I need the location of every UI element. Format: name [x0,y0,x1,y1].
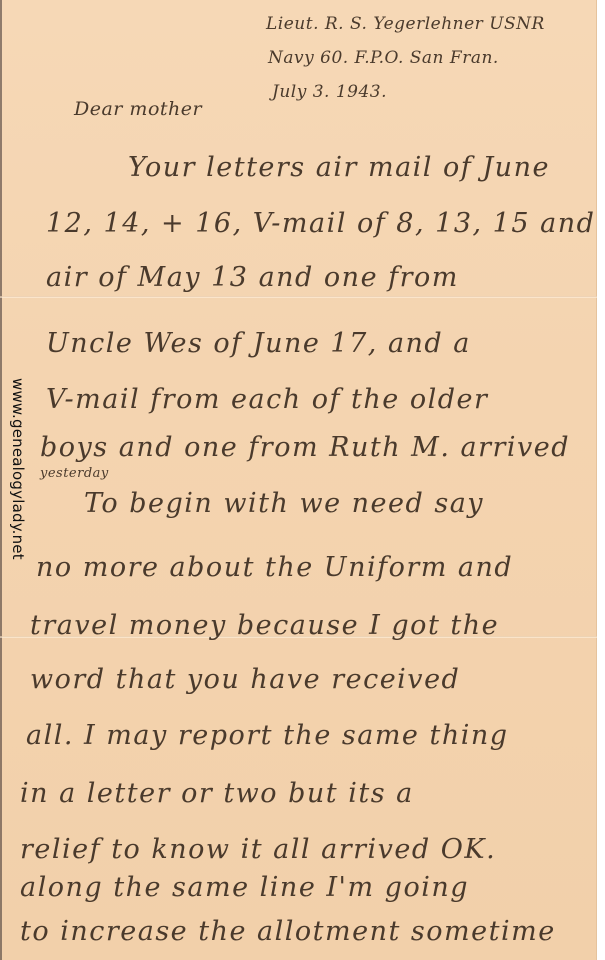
page-edge-shadow [0,0,2,960]
body-line: boys and one from Ruth M. arrived [40,432,570,463]
body-line: all. I may report the same thing [26,720,509,751]
body-line: along the same line I'm going [20,872,469,903]
body-line: Uncle Wes of June 17, and a [46,328,471,359]
body-line-note: yesterday [40,466,109,481]
body-line: travel money because I got the [30,610,499,641]
letter-page: Lieut. R. S. Yegerlehner USNR Navy 60. F… [0,0,597,960]
body-line: no more about the Uniform and [36,552,513,583]
sender-address: Navy 60. F.P.O. San Fran. [268,48,499,68]
body-line: in a letter or two but its a [20,778,414,809]
body-line: To begin with we need say [84,488,484,519]
body-line: to increase the allotment sometime [20,916,556,947]
body-line: V-mail from each of the older [46,384,488,415]
body-line: word that you have received [30,664,460,695]
salutation: Dear mother [74,98,202,120]
watermark-text: www.genealogylady.net [3,378,27,618]
body-line: air of May 13 and one from [46,262,459,293]
paper-fold-line [0,296,597,298]
body-line: relief to know it all arrived OK. [20,834,496,865]
sender-name: Lieut. R. S. Yegerlehner USNR [266,14,545,34]
letter-date: July 3. 1943. [272,82,387,102]
body-line: Your letters air mail of June [128,152,550,183]
body-line: 12, 14, + 16, V-mail of 8, 13, 15 and [46,208,595,239]
